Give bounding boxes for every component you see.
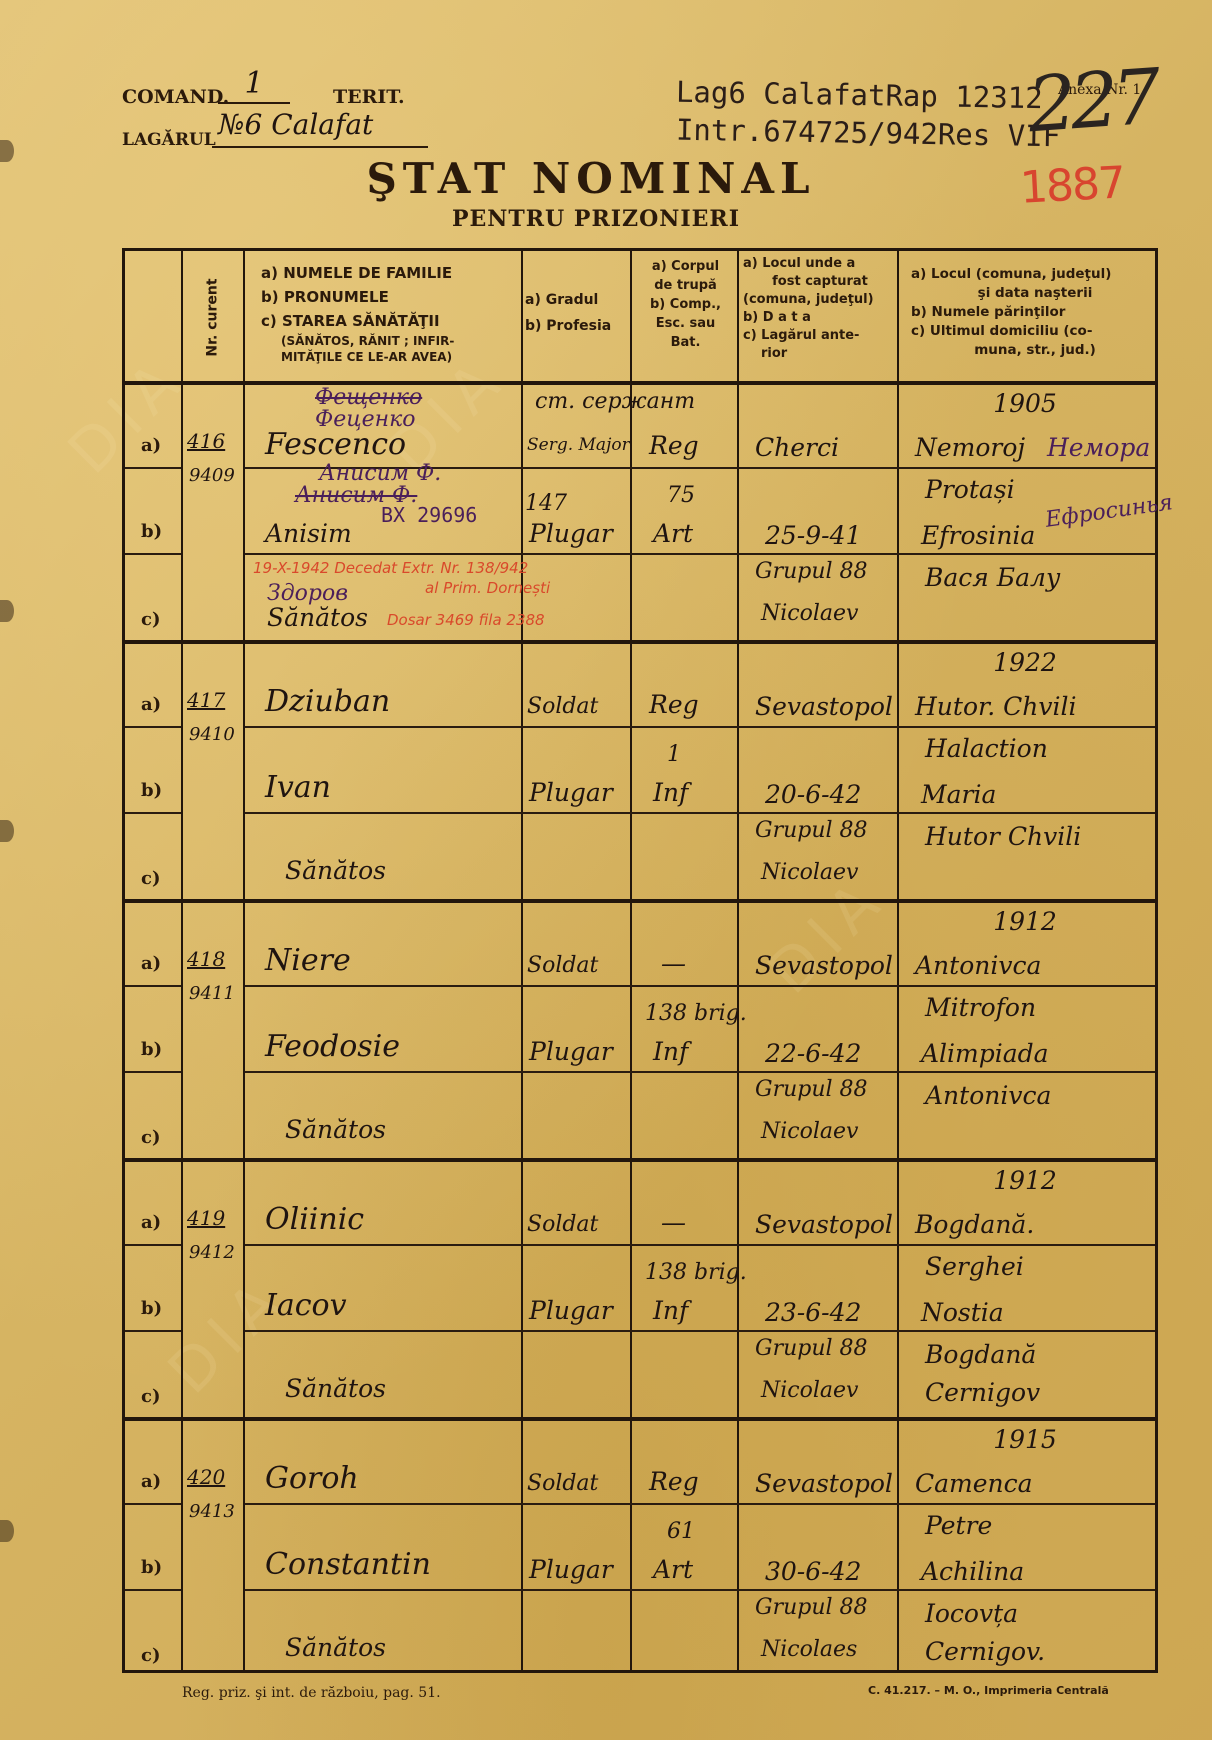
row-divider	[125, 553, 181, 555]
row-divider	[245, 1589, 1155, 1591]
previous-camp: Grupul 88	[755, 1595, 868, 1620]
corp-regiment: Reg	[649, 1467, 699, 1496]
row-divider	[125, 1244, 181, 1246]
birth-year: 1912	[993, 907, 1057, 936]
record-number: 419	[187, 1206, 225, 1230]
capture-place: Sevastopol	[755, 1469, 893, 1498]
header-corp-1: a) Corpul	[633, 257, 738, 276]
header-name-note2: MITĂŢILE CE LE-AR AVEA)	[261, 349, 517, 365]
capture-date: 25-9-41	[765, 521, 861, 550]
record-number: 416	[187, 429, 225, 453]
column-divider	[630, 251, 632, 1670]
first-name: Ivan	[265, 770, 331, 805]
death-note-line1: 19-X-1942 Decedat Extr. Nr. 138/942	[253, 559, 528, 577]
surname: Dziuban	[265, 684, 390, 719]
header-birth-3: b) Numele părinţilor	[911, 303, 1159, 322]
birth-year: 1922	[993, 648, 1057, 677]
mother-name: Maria	[921, 780, 996, 809]
first-name: Constantin	[265, 1547, 431, 1582]
registry-stamp-line1: Lag6 CalafatRap 12312	[676, 75, 1043, 115]
row-label-c: c)	[141, 609, 160, 630]
row-label-a: a)	[141, 1471, 161, 1492]
row-label-a: a)	[141, 694, 161, 715]
corp-unit-number: 75	[667, 483, 695, 508]
header-name-a: a) NUMELE DE FAMILIE	[261, 261, 517, 285]
row-label-b: b)	[141, 1557, 162, 1578]
record-divider	[125, 1417, 1155, 1421]
birth-place: Bogdană.	[915, 1210, 1034, 1239]
header-cap-1: a) Locul unde a	[743, 255, 897, 273]
header-birth: a) Locul (comuna, judeţul) şi data naşte…	[901, 251, 1159, 383]
profession: Plugar	[529, 1037, 613, 1066]
capture-place: Sevastopol	[755, 951, 893, 980]
previous-camp: Grupul 88	[755, 1077, 868, 1102]
page-subtitle: PENTRU PRIZONIERI	[0, 206, 1212, 232]
health-status: Sănătos	[285, 856, 386, 885]
father-name: Protași	[925, 475, 1015, 504]
row-label-c: c)	[141, 1645, 160, 1666]
first-name: Feodosie	[265, 1029, 400, 1064]
header-name-note1: (SĂNĂTOS, RĂNIT ; INFIR-	[261, 333, 517, 349]
header-cap-2: fost capturat	[743, 273, 897, 291]
surname: Fescenco	[265, 427, 406, 462]
domicile: Iocovța	[925, 1599, 1018, 1628]
previous-camp-city: Nicolaev	[761, 1119, 858, 1144]
previous-camp-city: Nicolaev	[761, 601, 858, 626]
lagar-label: LAGĂRUL	[122, 130, 216, 150]
first-name: Iacov	[265, 1288, 347, 1323]
mother-name: Efrosinia	[921, 521, 1035, 550]
row-divider	[245, 1503, 1155, 1505]
row-divider	[125, 1071, 181, 1073]
first-name: Anisim	[265, 519, 352, 548]
death-note-line3: Dosar 3469 fila 2388	[387, 611, 545, 629]
birth-place: Nemoroj	[915, 433, 1025, 462]
birth-place-cyrillic: Немора	[1047, 433, 1150, 462]
birth-year: 1905	[993, 389, 1057, 418]
corp-regiment: Reg	[649, 690, 699, 719]
header-nr-label: Nr. curent	[205, 278, 222, 356]
header-cap-5: c) Lagărul ante-	[743, 327, 897, 345]
birth-place: Camenca	[915, 1469, 1033, 1498]
death-note-line2: al Prim. Dornești	[425, 579, 550, 597]
capture-place: Cherci	[755, 433, 839, 462]
row-divider	[245, 553, 1155, 555]
record-divider	[125, 899, 1155, 903]
corp-branch: Inf	[653, 1037, 688, 1066]
record-registry-number: 9409	[189, 465, 235, 486]
birth-place: Hutor. Chvili	[915, 692, 1076, 721]
profession: Plugar	[529, 1296, 613, 1325]
row-divider	[125, 726, 181, 728]
corp-branch: Art	[653, 1555, 693, 1584]
birth-year: 1915	[993, 1425, 1057, 1454]
record-registry-number: 9412	[189, 1242, 235, 1263]
rank: Soldat	[527, 1212, 598, 1237]
header-name: a) NUMELE DE FAMILIE b) PRONUMELE c) STA…	[247, 251, 517, 383]
health-status: Sănătos	[267, 603, 368, 632]
profession: Plugar	[529, 1555, 613, 1584]
header-corp-3: b) Comp.,	[633, 295, 738, 314]
prisoner-table: Nr. curent a) NUMELE DE FAMILIE b) PRONU…	[122, 248, 1158, 1673]
header-corp-5: Bat.	[633, 333, 738, 352]
profession: Plugar	[529, 519, 613, 548]
previous-camp-city: Nicolaes	[761, 1637, 857, 1662]
row-divider	[245, 726, 1155, 728]
row-label-c: c)	[141, 1386, 160, 1407]
capture-place: Sevastopol	[755, 1210, 893, 1239]
capture-date: 23-6-42	[765, 1298, 861, 1327]
birth-year: 1912	[993, 1166, 1057, 1195]
father-name: Halaction	[925, 734, 1048, 763]
corp-branch: Inf	[653, 1296, 688, 1325]
header-nr-curent: Nr. curent	[183, 251, 243, 383]
mother-name-cyrillic: Ефросинья	[1044, 490, 1174, 533]
domicile-region: Cernigov	[925, 1378, 1040, 1407]
row-label-c: c)	[141, 868, 160, 889]
header-grad: a) Gradul b) Profesia	[523, 251, 631, 383]
registry-stamp-line2: Intr.674725/942Res VIF	[676, 113, 1061, 154]
binder-hole	[0, 1520, 14, 1542]
column-divider	[181, 251, 183, 1670]
comand-label: COMAND.	[122, 86, 229, 108]
terit-label: TERIT.	[333, 86, 405, 108]
previous-camp-city: Nicolaev	[761, 860, 858, 885]
row-divider	[245, 985, 1155, 987]
corp-unit-number: 61	[667, 1519, 695, 1544]
row-label-b: b)	[141, 521, 162, 542]
row-label-a: a)	[141, 1212, 161, 1233]
record-registry-number: 9411	[189, 983, 235, 1004]
rank: Serg. Major	[527, 435, 630, 455]
corp-unit-number: 138 brig.	[645, 1001, 747, 1026]
record-number: 420	[187, 1465, 225, 1489]
corp-regiment: —	[661, 1208, 686, 1237]
row-divider	[125, 1589, 181, 1591]
document-number: ВХ 29696	[381, 503, 477, 527]
header-grad-b: b) Profesia	[525, 313, 631, 339]
header-divider	[125, 381, 1155, 385]
column-divider	[521, 251, 523, 1670]
row-label-a: a)	[141, 435, 161, 456]
previous-camp-city: Nicolaev	[761, 1378, 858, 1403]
domicile: Вася Бaлу	[925, 563, 1060, 592]
page-title: ŞTAT NOMINAL	[0, 154, 1212, 203]
header-cap-4: b) D a t a	[743, 309, 897, 327]
row-label-c: c)	[141, 1127, 160, 1148]
surname: Niere	[265, 943, 351, 978]
row-divider	[125, 812, 181, 814]
header-name-c: c) STAREA SĂNĂTĂŢII	[261, 309, 517, 333]
row-divider	[245, 812, 1155, 814]
rank: Soldat	[527, 694, 598, 719]
father-name: Mitrofon	[925, 993, 1036, 1022]
row-divider	[245, 1330, 1155, 1332]
surname: Oliinic	[265, 1202, 364, 1237]
record-divider	[125, 1158, 1155, 1162]
header-birth-5: muna, str., jud.)	[911, 341, 1159, 360]
profession-number: 147	[525, 491, 567, 516]
capture-date: 22-6-42	[765, 1039, 861, 1068]
corp-regiment: —	[661, 949, 686, 978]
rank: Soldat	[527, 1471, 598, 1496]
row-divider	[125, 467, 181, 469]
domicile: Bogdană	[925, 1340, 1036, 1369]
header-cap-6: rior	[743, 345, 897, 363]
row-divider	[245, 1244, 1155, 1246]
row-label-b: b)	[141, 1039, 162, 1060]
record-registry-number: 9410	[189, 724, 235, 745]
mother-name: Achilina	[921, 1557, 1024, 1586]
header-capture: a) Locul unde a fost capturat (comuna, j…	[739, 251, 897, 383]
binder-hole	[0, 820, 14, 842]
comand-value: 1	[218, 66, 290, 104]
row-label-b: b)	[141, 1298, 162, 1319]
corp-regiment: Reg	[649, 431, 699, 460]
header-birth-1: a) Locul (comuna, judeţul)	[911, 265, 1159, 284]
footer-reference: Reg. priz. şi int. de războiu, pag. 51.	[182, 1685, 441, 1701]
previous-camp: Grupul 88	[755, 559, 868, 584]
previous-camp: Grupul 88	[755, 818, 868, 843]
health-status: Sănătos	[285, 1115, 386, 1144]
lagar-value: №6 Calafat	[212, 108, 428, 148]
header-name-b: b) PRONUMELE	[261, 285, 517, 309]
father-name: Serghei	[925, 1252, 1024, 1281]
mother-name: Alimpiada	[921, 1039, 1049, 1068]
row-label-a: a)	[141, 953, 161, 974]
record-number: 418	[187, 947, 225, 971]
header-corp-2: de trupă	[633, 276, 738, 295]
binder-hole	[0, 600, 14, 622]
corp-branch: Art	[653, 519, 693, 548]
column-divider	[737, 251, 739, 1670]
rank-cyrillic-note: ст. сержант	[535, 389, 695, 414]
domicile-region: Cernigov.	[925, 1637, 1045, 1666]
header-grad-a: a) Gradul	[525, 287, 631, 313]
mother-name: Nostia	[921, 1298, 1004, 1327]
corp-unit-number: 138 brig.	[645, 1260, 747, 1285]
row-divider	[125, 985, 181, 987]
health-status: Sănătos	[285, 1374, 386, 1403]
capture-date: 20-6-42	[765, 780, 861, 809]
record-number: 417	[187, 688, 225, 712]
header-cap-3: (comuna, judeţul)	[743, 291, 897, 309]
record-divider	[125, 640, 1155, 644]
capture-place: Sevastopol	[755, 692, 893, 721]
folio-number: 227	[1025, 52, 1158, 150]
row-divider	[245, 1071, 1155, 1073]
capture-date: 30-6-42	[765, 1557, 861, 1586]
header-birth-2: şi data naşterii	[911, 284, 1159, 303]
header-corp-4: Esc. sau	[633, 314, 738, 333]
row-divider	[125, 1503, 181, 1505]
domicile: Hutor Chvili	[925, 822, 1081, 851]
corp-unit-number: 1	[667, 742, 681, 767]
surname: Goroh	[265, 1461, 359, 1496]
header-birth-4: c) Ultimul domiciliu (co-	[911, 322, 1159, 341]
record-registry-number: 9413	[189, 1501, 235, 1522]
previous-camp: Grupul 88	[755, 1336, 868, 1361]
father-name: Petre	[925, 1511, 992, 1540]
column-divider	[243, 251, 245, 1670]
health-status: Sănătos	[285, 1633, 386, 1662]
footer-printer: C. 41.217. – M. O., Imprimeria Centrală	[868, 1684, 1109, 1697]
header-corp: a) Corpul de trupă b) Comp., Esc. sau Ba…	[633, 251, 738, 383]
domicile: Antonivca	[925, 1081, 1051, 1110]
row-label-b: b)	[141, 780, 162, 801]
column-divider	[897, 251, 899, 1670]
rank: Soldat	[527, 953, 598, 978]
birth-place: Antonivca	[915, 951, 1041, 980]
corp-branch: Inf	[653, 778, 688, 807]
row-divider	[125, 1330, 181, 1332]
profession: Plugar	[529, 778, 613, 807]
